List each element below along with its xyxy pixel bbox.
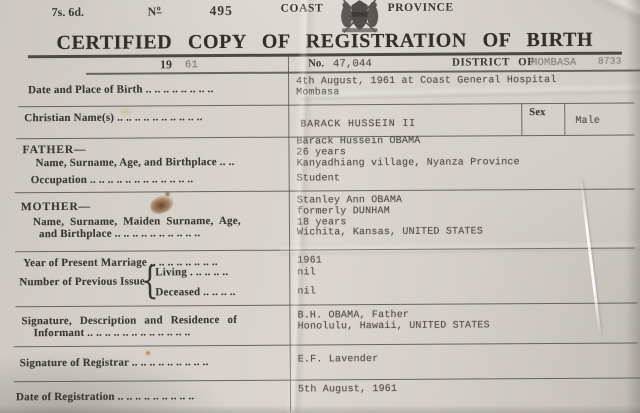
- fee-amount: 7s. 6d.: [52, 5, 84, 20]
- informant-label-line2: Informant .. .. .. .. .. .. .. .. .. .. …: [34, 326, 191, 339]
- corner-number: 8733: [598, 56, 622, 67]
- birth-label: Date and Place of Birth .. .. .. .. .. .…: [28, 83, 213, 96]
- row-rule-informant: [14, 342, 638, 347]
- district-value: MOMBASA: [531, 57, 577, 69]
- year-typed: 61: [185, 59, 198, 71]
- bottom-edge-shadow: [0, 405, 640, 413]
- christian-name-label: Christian Name(s) .. .. .. .. .. .. .. .…: [24, 111, 202, 124]
- mother-sub-label-line2: and Birthplace .. .. .. .. .. .. .. .. .…: [39, 227, 200, 240]
- sex-cell-divider-right: [564, 104, 565, 135]
- small-orange-stain: [145, 350, 151, 356]
- row-rule-father: [15, 188, 635, 193]
- sex-value: Male: [575, 116, 600, 127]
- brown-ink-stain-tail: [164, 191, 171, 197]
- father-value: Barack Hussein OBAMA 26 years Kanyadhian…: [296, 136, 519, 170]
- mother-section-label: MOTHER—: [21, 201, 91, 213]
- occupation-label: Occupation .. .. .. .. .. .. .. .. .. ..…: [31, 173, 194, 186]
- registrar-value: E.F. Lavender: [298, 354, 379, 365]
- informant-label-line1: Signature, Description and Residence of: [21, 314, 237, 327]
- entry-number-value: 47,044: [333, 58, 372, 70]
- district-label: DISTRICT OF: [452, 56, 535, 69]
- father-birthplace: Kanyadhiang village, Nyanza Province: [297, 158, 520, 170]
- row-rule-registrar: [14, 377, 640, 382]
- number-sign-n: N: [148, 4, 157, 18]
- province-name-right: PROVINCE: [388, 2, 454, 14]
- christian-name-value: BARACK HUSSEIN II: [300, 119, 416, 131]
- sex-cell-divider-left: [521, 104, 522, 135]
- registration-date-label: Date of Registration .. .. .. .. .. .. .…: [16, 390, 194, 403]
- mother-value: Stanley Ann OBAMA formerly DUNHAM 18 yea…: [297, 195, 483, 239]
- informant-residence: Honolulu, Hawaii, UNITED STATES: [298, 321, 490, 333]
- number-sign: No: [148, 3, 162, 19]
- deceased-label: Deceased .. .. .. ..: [155, 286, 235, 298]
- right-edge-shadow: [626, 0, 640, 413]
- mother-sub-label-line1: Name, Surname, Maiden Surname, Age,: [33, 215, 241, 228]
- living-label: Living . .. .. .. ..: [155, 266, 228, 278]
- scanned-certificate-page: 7s. 6d. No 495 COAST PROVINCE CERTIFIED …: [0, 0, 640, 413]
- serial-number: 495: [210, 3, 233, 19]
- faint-yellow-stain: [118, 106, 134, 117]
- father-sub-label: Name, Surname, Age, and Birthplace .. ..: [36, 156, 235, 169]
- informant-value: B.H. OBAMA, Father Honolulu, Hawaii, UNI…: [297, 310, 489, 333]
- previous-issue-label: Number of Previous Issue: [19, 275, 145, 288]
- mother-birthplace: Wichita, Kansas, UNITED STATES: [297, 228, 483, 240]
- year-printed: 19: [160, 57, 172, 72]
- registrar-label: Signature of Registrar .. .. .. .. .. ..…: [20, 356, 209, 369]
- number-sign-o: o: [156, 3, 161, 13]
- sex-label: Sex: [529, 107, 545, 118]
- row-rule-marriage: [15, 302, 637, 307]
- certificate-sheet: 7s. 6d. No 495 COAST PROVINCE CERTIFIED …: [0, 0, 640, 413]
- registration-date-value: 5th August, 1961: [298, 384, 397, 396]
- father-section-label: FATHER—: [22, 144, 86, 156]
